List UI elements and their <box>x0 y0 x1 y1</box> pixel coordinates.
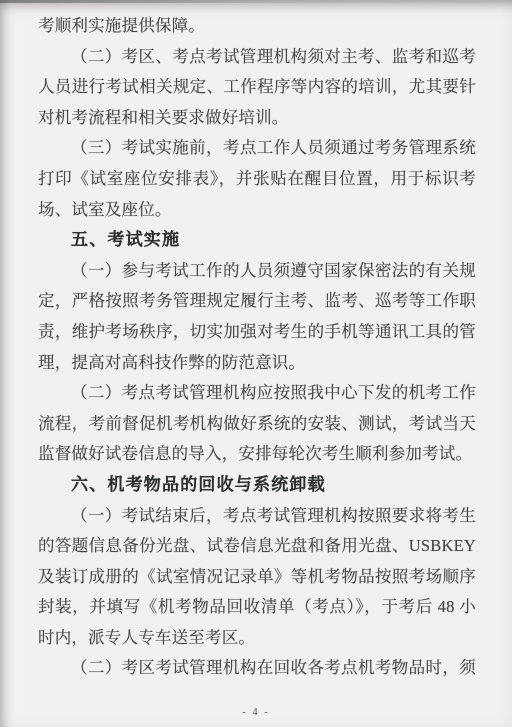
text-line: （三）考试实施前，考点工作人员须通过考务管理系统 <box>38 133 476 164</box>
text-line: （二）考区、考点考试管理机构须对主考、监考和巡考 <box>38 42 476 73</box>
document-lines: 考顺利实施提供保障。（二）考区、考点考试管理机构须对主考、监考和巡考人员进行考试… <box>38 11 476 684</box>
section-heading: 五、考试实施 <box>38 225 476 256</box>
text-line: 时内，派专人专车送至考区。 <box>38 623 476 654</box>
text-line: （一）考试结束后，考点考试管理机构按照要求将考生 <box>38 501 476 532</box>
text-line: 理，提高对高科技作弊的防范意识。 <box>38 348 476 379</box>
text-line: 的答题信息备份光盘、试卷信息光盘和备用光盘、USBKEY <box>38 531 476 562</box>
text-line: （二）考区考试管理机构在回收各考点机考物品时，须 <box>38 653 476 684</box>
document-page: 考顺利实施提供保障。（二）考区、考点考试管理机构须对主考、监考和巡考人员进行考试… <box>0 0 512 727</box>
text-line: 打印《试室座位安排表》，并张贴在醒目位置，用于标识考 <box>38 164 476 195</box>
text-line: 对机考流程和相关要求做好培训。 <box>38 103 476 134</box>
text-line: （一）参与考试工作的人员须遵守国家保密法的有关规 <box>38 256 476 287</box>
text-line: 考顺利实施提供保障。 <box>38 11 476 42</box>
text-line: 定，严格按照考务管理规定履行主考、监考、巡考等工作职 <box>38 286 476 317</box>
text-line: 流程，考前督促机考机构做好系统的安装、测试，考试当天 <box>38 409 476 440</box>
page-number: - 4 - <box>0 707 512 718</box>
text-line: （二）考点考试管理机构应按照我中心下发的机考工作 <box>38 378 476 409</box>
text-line: 人员进行考试相关规定、工作程序等内容的培训，尤其要针 <box>38 72 476 103</box>
text-line: 责，维护考场秩序，切实加强对考生的手机等通讯工具的管 <box>38 317 476 348</box>
text-line: 场、试室及座位。 <box>38 195 476 226</box>
text-line: 及装订成册的《试室情况记录单》等机考物品按照考场顺序 <box>38 562 476 593</box>
section-heading: 六、机考物品的回收与系统卸载 <box>38 470 476 501</box>
text-line: 监督做好试卷信息的导入，安排每轮次考生顺利参加考试。 <box>38 439 476 470</box>
text-line: 封装，并填写《机考物品回收清单（考点）》，于考后 48 小 <box>38 592 476 623</box>
